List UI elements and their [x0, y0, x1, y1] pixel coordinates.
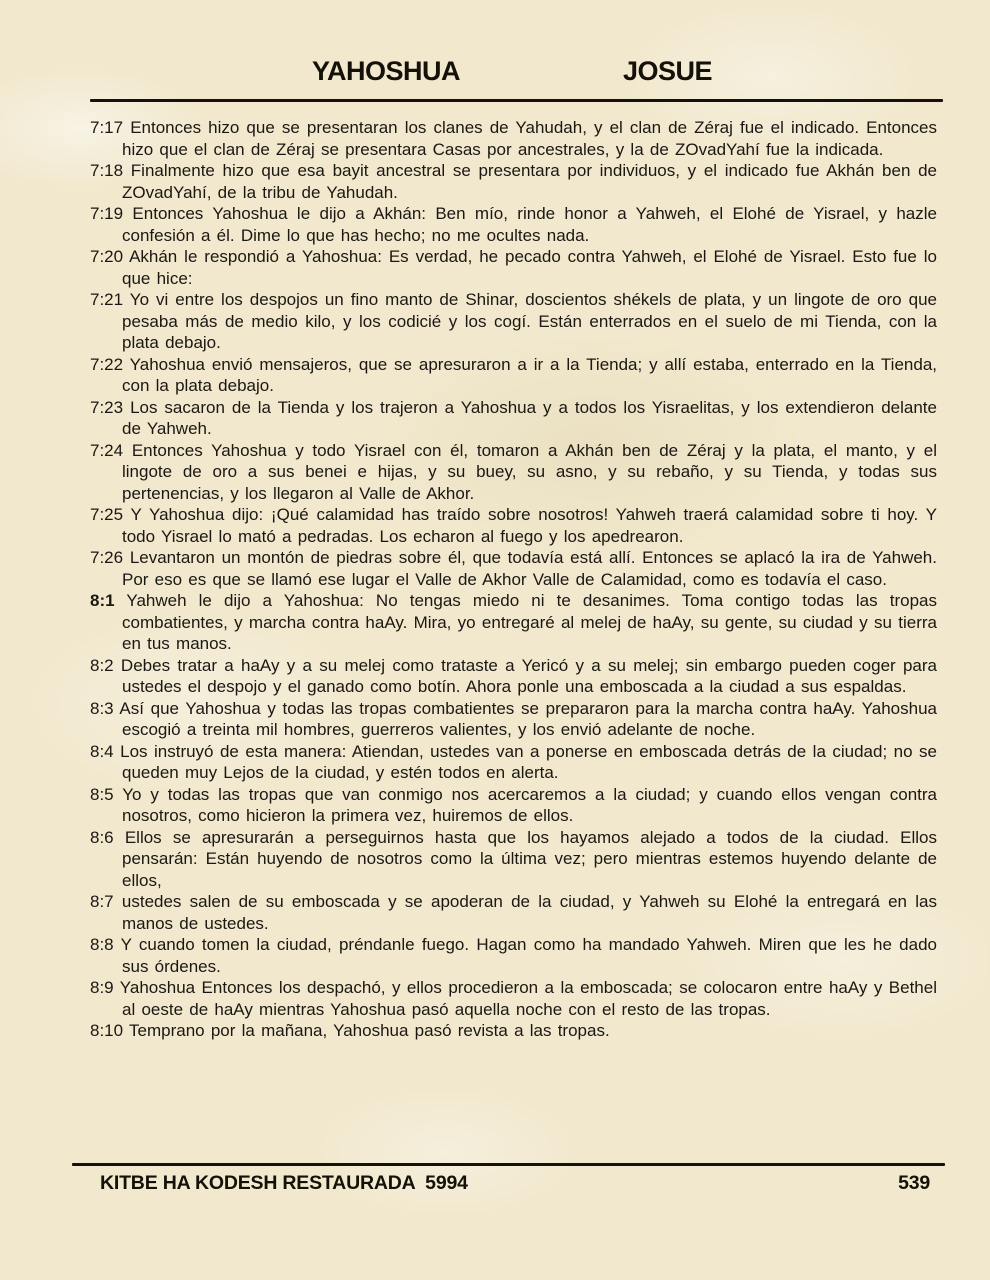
verse-number: 7:19	[90, 204, 123, 223]
verse-text: Los sacaron de la Tienda y los trajeron …	[122, 398, 937, 439]
verse: 7:22 Yahoshua envió mensajeros, que se a…	[90, 354, 937, 397]
header-title-spanish: JOSUE	[623, 56, 712, 87]
verse-number: 7:23	[90, 398, 123, 417]
verse: 8:3 Así que Yahoshua y todas las tropas …	[90, 698, 937, 741]
verse-text: Y cuando tomen la ciudad, préndanle fueg…	[121, 935, 937, 976]
verse-text: Los instruyó de esta manera: Atiendan, u…	[120, 742, 937, 783]
verse: 8:6 Ellos se apresurarán a perseguirnos …	[90, 827, 937, 892]
verse-text: Temprano por la mañana, Yahoshua pasó re…	[129, 1021, 610, 1040]
verse-number: 7:17	[90, 118, 123, 137]
verse-number: 8:9	[90, 978, 114, 997]
verse-text: Y Yahoshua dijo: ¡Qué calamidad has traí…	[122, 505, 937, 546]
verse-text: Yahoshua envió mensajeros, que se apresu…	[122, 355, 937, 396]
verse-text: Ellos se apresurarán a perseguirnos hast…	[122, 828, 937, 890]
verse: 8:4 Los instruyó de esta manera: Atienda…	[90, 741, 937, 784]
verse-number: 8:1	[90, 591, 115, 610]
verse-number: 8:8	[90, 935, 114, 954]
verse: 7:17 Entonces hizo que se presentaran lo…	[90, 117, 937, 160]
verse: 8:5 Yo y todas las tropas que van conmig…	[90, 784, 937, 827]
verse-text: Levantaron un montón de piedras sobre él…	[122, 548, 937, 589]
verse-text: Yo y todas las tropas que van conmigo no…	[122, 785, 937, 826]
verse-number: 8:4	[90, 742, 114, 761]
verse-text: Finalmente hizo que esa bayit ancestral …	[122, 161, 937, 202]
verse-text: Yahweh le dijo a Yahoshua: No tengas mie…	[122, 591, 937, 653]
verse: 7:24 Entonces Yahoshua y todo Yisrael co…	[90, 440, 937, 505]
verse: 7:23 Los sacaron de la Tienda y los traj…	[90, 397, 937, 440]
verse-number: 7:18	[90, 161, 123, 180]
header-title-hebrew: YAHOSHUA	[312, 56, 460, 87]
verse-text: Akhán le respondió a Yahoshua: Es verdad…	[122, 247, 937, 288]
verse: 8:7 ustedes salen de su emboscada y se a…	[90, 891, 937, 934]
verse-number: 8:6	[90, 828, 114, 847]
page-footer: KITBE HA KODESH RESTAURADA 5994 539	[100, 1172, 930, 1195]
verse-number: 7:25	[90, 505, 123, 524]
header-rule	[90, 99, 943, 102]
verse-number: 7:20	[90, 247, 123, 266]
footer-edition-title: KITBE HA KODESH RESTAURADA 5994	[100, 1172, 468, 1195]
page-header: YAHOSHUA JOSUE	[0, 56, 990, 88]
verse: 7:18 Finalmente hizo que esa bayit ances…	[90, 160, 937, 203]
footer-page-number: 539	[898, 1172, 930, 1195]
verse-text: Entonces Yahoshua y todo Yisrael con él,…	[122, 441, 937, 503]
verse-text: Entonces Yahoshua le dijo a Akhán: Ben m…	[122, 204, 937, 245]
verse: 8:9 Yahoshua Entonces los despachó, y el…	[90, 977, 937, 1020]
verse: 7:20 Akhán le respondió a Yahoshua: Es v…	[90, 246, 937, 289]
verse: 7:19 Entonces Yahoshua le dijo a Akhán: …	[90, 203, 937, 246]
verse: 7:25 Y Yahoshua dijo: ¡Qué calamidad has…	[90, 504, 937, 547]
verse-text: ustedes salen de su emboscada y se apode…	[122, 892, 937, 933]
verse: 7:21 Yo vi entre los despojos un fino ma…	[90, 289, 937, 354]
verse-text: Así que Yahoshua y todas las tropas comb…	[119, 699, 937, 740]
verse-text: Entonces hizo que se presentaran los cla…	[122, 118, 937, 159]
verse: 8:10 Temprano por la mañana, Yahoshua pa…	[90, 1020, 937, 1042]
verse-number: 8:2	[90, 656, 114, 675]
verse-number: 7:24	[90, 441, 123, 460]
verse-text: Yahoshua Entonces los despachó, y ellos …	[120, 978, 937, 1019]
verse: 7:26 Levantaron un montón de piedras sob…	[90, 547, 937, 590]
verse-number: 8:10	[90, 1021, 123, 1040]
verse: 8:1 Yahweh le dijo a Yahoshua: No tengas…	[90, 590, 937, 655]
verse-number: 8:3	[90, 699, 114, 718]
footer-rule	[72, 1163, 945, 1166]
verse-number: 8:7	[90, 892, 114, 911]
verse: 8:8 Y cuando tomen la ciudad, préndanle …	[90, 934, 937, 977]
verse-text: Debes tratar a haAy y a su melej como tr…	[121, 656, 937, 697]
verse-list: 7:17 Entonces hizo que se presentaran lo…	[90, 117, 937, 1042]
verse-number: 7:21	[90, 290, 123, 309]
scanned-bible-page: YAHOSHUA JOSUE 7:17 Entonces hizo que se…	[0, 0, 990, 1280]
verse-number: 7:22	[90, 355, 123, 374]
verse-number: 8:5	[90, 785, 114, 804]
verse-text: Yo vi entre los despojos un fino manto d…	[122, 290, 937, 352]
verse: 8:2 Debes tratar a haAy y a su melej com…	[90, 655, 937, 698]
verse-number: 7:26	[90, 548, 123, 567]
